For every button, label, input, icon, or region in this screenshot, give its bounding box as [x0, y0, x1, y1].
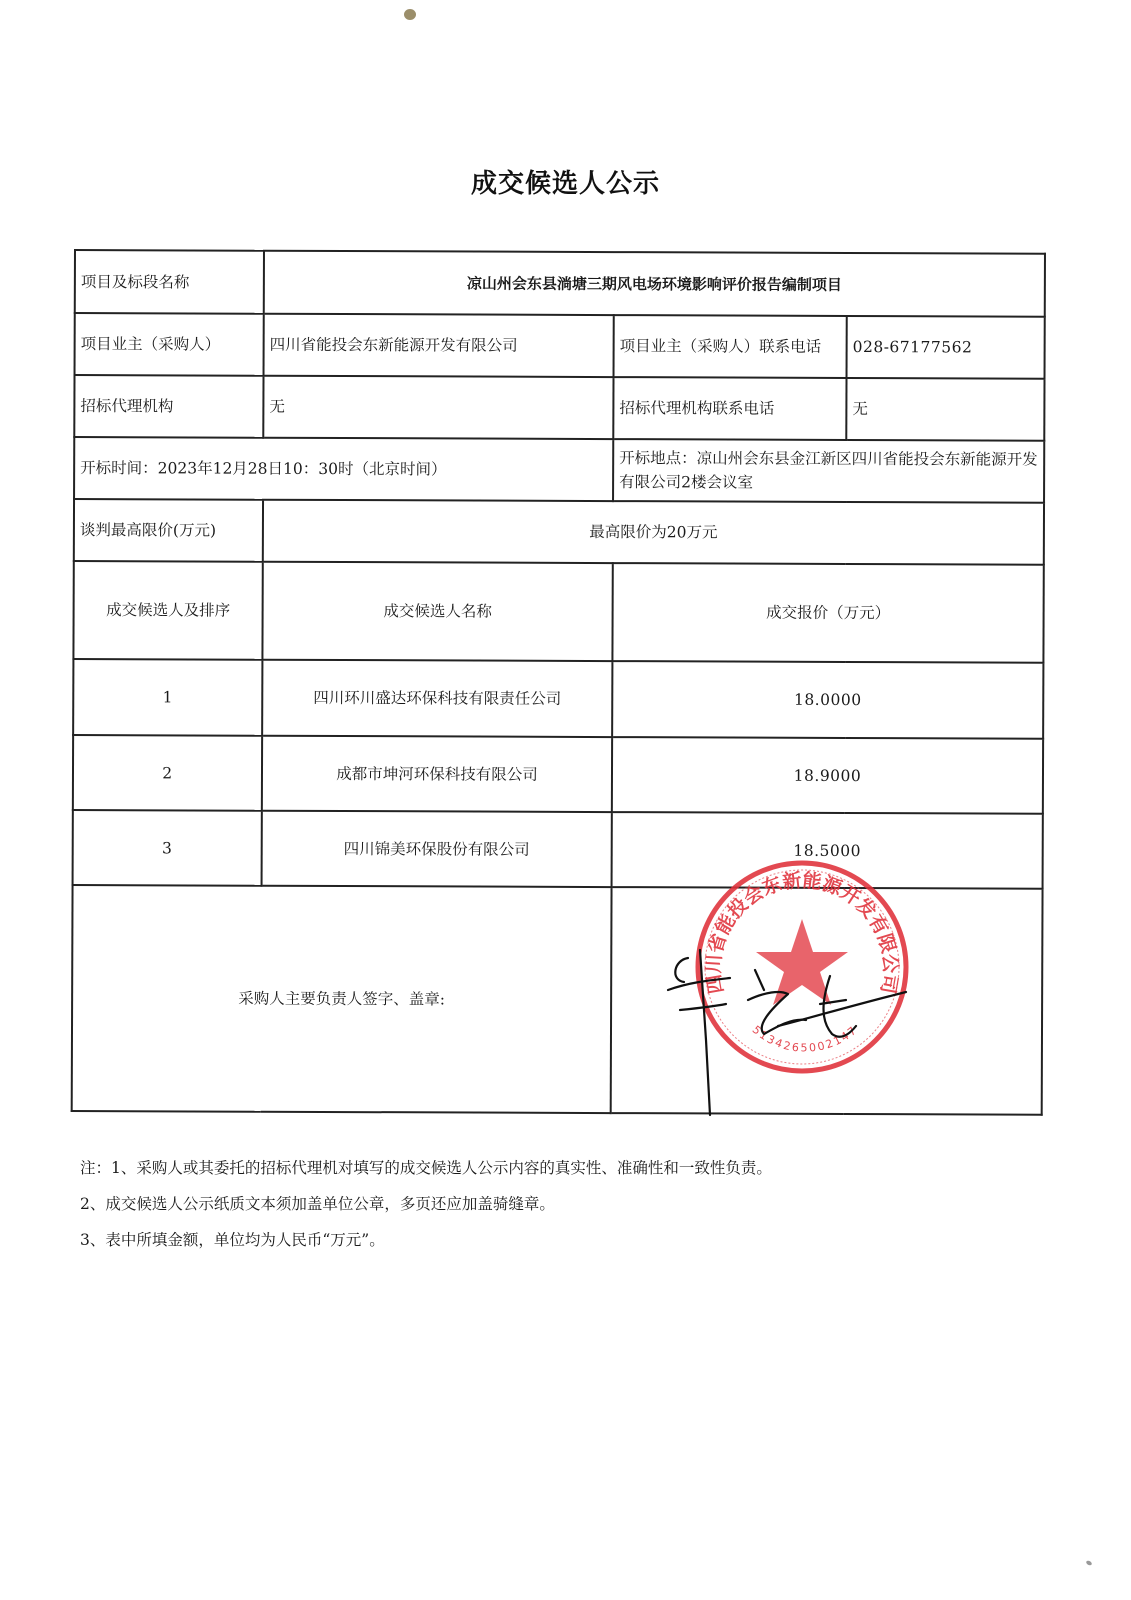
candidate-rank: 2 — [73, 735, 262, 811]
candidate-name: 四川锦美环保股份有限公司 — [262, 811, 612, 887]
row-bid-open: 开标时间：2023年12月28日10：30时（北京时间） 开标地点：凉山州会东县… — [74, 437, 1044, 503]
announcement-table: 项目及标段名称 凉山州会东县淌塘三期风电场环境影响评价报告编制项目 项目业主（采… — [71, 249, 1046, 1116]
notes-section: 注：1、采购人或其委托的招标代理机对填写的成交候选人公示内容的真实性、准确性和一… — [80, 1150, 772, 1258]
header-price: 成交报价（万元） — [612, 563, 1043, 663]
project-name-label: 项目及标段名称 — [75, 250, 264, 314]
table-row: 1 四川环川盛达环保科技有限责任公司 18.0000 — [73, 659, 1043, 739]
note-3: 3、表中所填金额，单位均为人民币“万元”。 — [80, 1222, 772, 1258]
row-agency: 招标代理机构 无 招标代理机构联系电话 无 — [74, 375, 1044, 441]
scan-speck — [404, 9, 416, 20]
note-1: 注：1、采购人或其委托的招标代理机对填写的成交候选人公示内容的真实性、准确性和一… — [80, 1150, 772, 1186]
candidates-header-row: 成交候选人及排序 成交候选人名称 成交报价（万元） — [73, 561, 1043, 663]
agency-label: 招标代理机构 — [74, 375, 263, 438]
owner-phone-label: 项目业主（采购人）联系电话 — [614, 315, 847, 378]
row-signature: 采购人主要负责人签字、盖章: — [72, 885, 1043, 1115]
candidate-name: 成都市坤河环保科技有限公司 — [262, 736, 612, 812]
owner-value: 四川省能投会东新能源开发有限公司 — [264, 314, 614, 377]
owner-label: 项目业主（采购人） — [75, 313, 264, 376]
row-max-price: 谈判最高限价(万元) 最高限价为20万元 — [74, 499, 1044, 565]
bid-open-place: 开标地点：凉山州会东县金江新区四川省能投会东新能源开发有限公司2楼会议室 — [613, 439, 1044, 503]
max-price-label: 谈判最高限价(万元) — [74, 499, 263, 562]
candidate-name: 四川环川盛达环保科技有限责任公司 — [262, 660, 612, 737]
candidate-price: 18.0000 — [612, 661, 1043, 739]
candidate-rank: 1 — [73, 659, 262, 736]
candidate-rank: 3 — [73, 810, 262, 886]
header-name: 成交候选人名称 — [262, 562, 612, 661]
note-2: 2、成交候选人公示纸质文本须加盖单位公章，多页还应加盖骑缝章。 — [80, 1186, 772, 1222]
agency-value: 无 — [263, 376, 613, 439]
max-price-value: 最高限价为20万元 — [263, 500, 1044, 565]
signature-area — [611, 887, 1043, 1115]
page-title: 成交候选人公示 — [0, 163, 1131, 200]
owner-phone-value: 028-67177562 — [847, 316, 1045, 379]
agency-phone-value: 无 — [846, 378, 1044, 441]
project-name-value: 凉山州会东县淌塘三期风电场环境影响评价报告编制项目 — [264, 251, 1045, 317]
table-row: 3 四川锦美环保股份有限公司 18.5000 — [73, 810, 1043, 889]
announcement-table-wrapper: 项目及标段名称 凉山州会东县淌塘三期风电场环境影响评价报告编制项目 项目业主（采… — [71, 249, 1044, 1149]
header-rank: 成交候选人及排序 — [73, 561, 262, 660]
row-owner: 项目业主（采购人） 四川省能投会东新能源开发有限公司 项目业主（采购人）联系电话… — [75, 313, 1045, 379]
candidate-price: 18.5000 — [612, 812, 1043, 889]
scan-speck — [1085, 1560, 1092, 1566]
row-project-name: 项目及标段名称 凉山州会东县淌塘三期风电场环境影响评价报告编制项目 — [75, 250, 1045, 317]
signature-label: 采购人主要负责人签字、盖章: — [72, 885, 612, 1113]
agency-phone-label: 招标代理机构联系电话 — [613, 377, 846, 440]
candidate-price: 18.9000 — [612, 737, 1043, 814]
table-row: 2 成都市坤河环保科技有限公司 18.9000 — [73, 735, 1043, 814]
bid-open-time: 开标时间：2023年12月28日10：30时（北京时间） — [74, 437, 613, 501]
